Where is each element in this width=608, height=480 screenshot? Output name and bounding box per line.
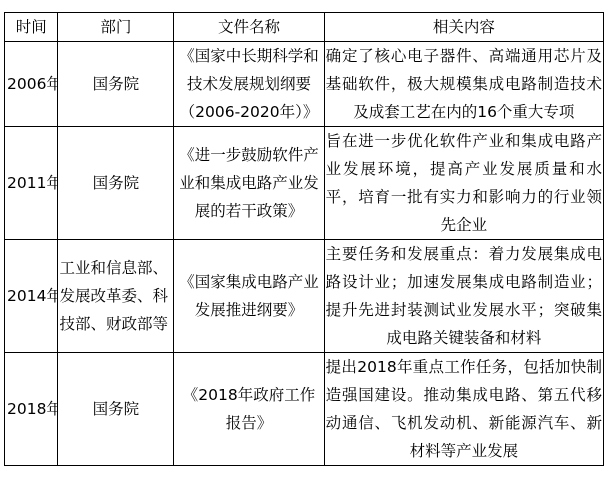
header-content: 相关内容 <box>324 13 603 42</box>
cell-time: 2018年 <box>5 353 58 466</box>
cell-department: 国务院 <box>58 127 174 240</box>
cell-time: 2011年 <box>5 127 58 240</box>
cell-department: 国务院 <box>58 353 174 466</box>
policy-table: 时间 部门 文件名称 相关内容 2006年 国务院 《国家中长期科学和技术发展规… <box>4 12 604 466</box>
cell-document: 《进一步鼓励软件产业和集成电路产业发展的若干政策》 <box>174 127 324 240</box>
cell-document: 《2018年政府工作报告》 <box>174 353 324 466</box>
cell-content: 主要任务和发展重点：着力发展集成电路设计业；加速发展集成电路制造业；提升先进封装… <box>324 240 603 353</box>
table-body: 2006年 国务院 《国家中长期科学和技术发展规划纲要（2006-2020年）》… <box>5 42 604 466</box>
cell-content: 确定了核心电子器件、高端通用芯片及基础软件，极大规模集成电路制造技术及成套工艺在… <box>324 42 603 127</box>
table-row: 2014年 工业和信息部、发展改革委、科技部、财政部等 《国家集成电路产业发展推… <box>5 240 604 353</box>
cell-document: 《国家中长期科学和技术发展规划纲要（2006-2020年）》 <box>174 42 324 127</box>
cell-document: 《国家集成电路产业发展推进纲要》 <box>174 240 324 353</box>
header-time: 时间 <box>5 13 58 42</box>
header-row: 时间 部门 文件名称 相关内容 <box>5 13 604 42</box>
header-document: 文件名称 <box>174 13 324 42</box>
table-header: 时间 部门 文件名称 相关内容 <box>5 13 604 42</box>
cell-time: 2014年 <box>5 240 58 353</box>
cell-time: 2006年 <box>5 42 58 127</box>
header-department: 部门 <box>58 13 174 42</box>
table-row: 2011年 国务院 《进一步鼓励软件产业和集成电路产业发展的若干政策》 旨在进一… <box>5 127 604 240</box>
cell-content: 提出2018年重点工作任务，包括加快制造强国建设。推动集成电路、第五代移动通信、… <box>324 353 603 466</box>
cell-content: 旨在进一步优化软件产业和集成电路产业发展环境，提高产业发展质量和水平，培育一批有… <box>324 127 603 240</box>
cell-department: 国务院 <box>58 42 174 127</box>
cell-department: 工业和信息部、发展改革委、科技部、财政部等 <box>58 240 174 353</box>
table-row: 2018年 国务院 《2018年政府工作报告》 提出2018年重点工作任务，包括… <box>5 353 604 466</box>
table-row: 2006年 国务院 《国家中长期科学和技术发展规划纲要（2006-2020年）》… <box>5 42 604 127</box>
